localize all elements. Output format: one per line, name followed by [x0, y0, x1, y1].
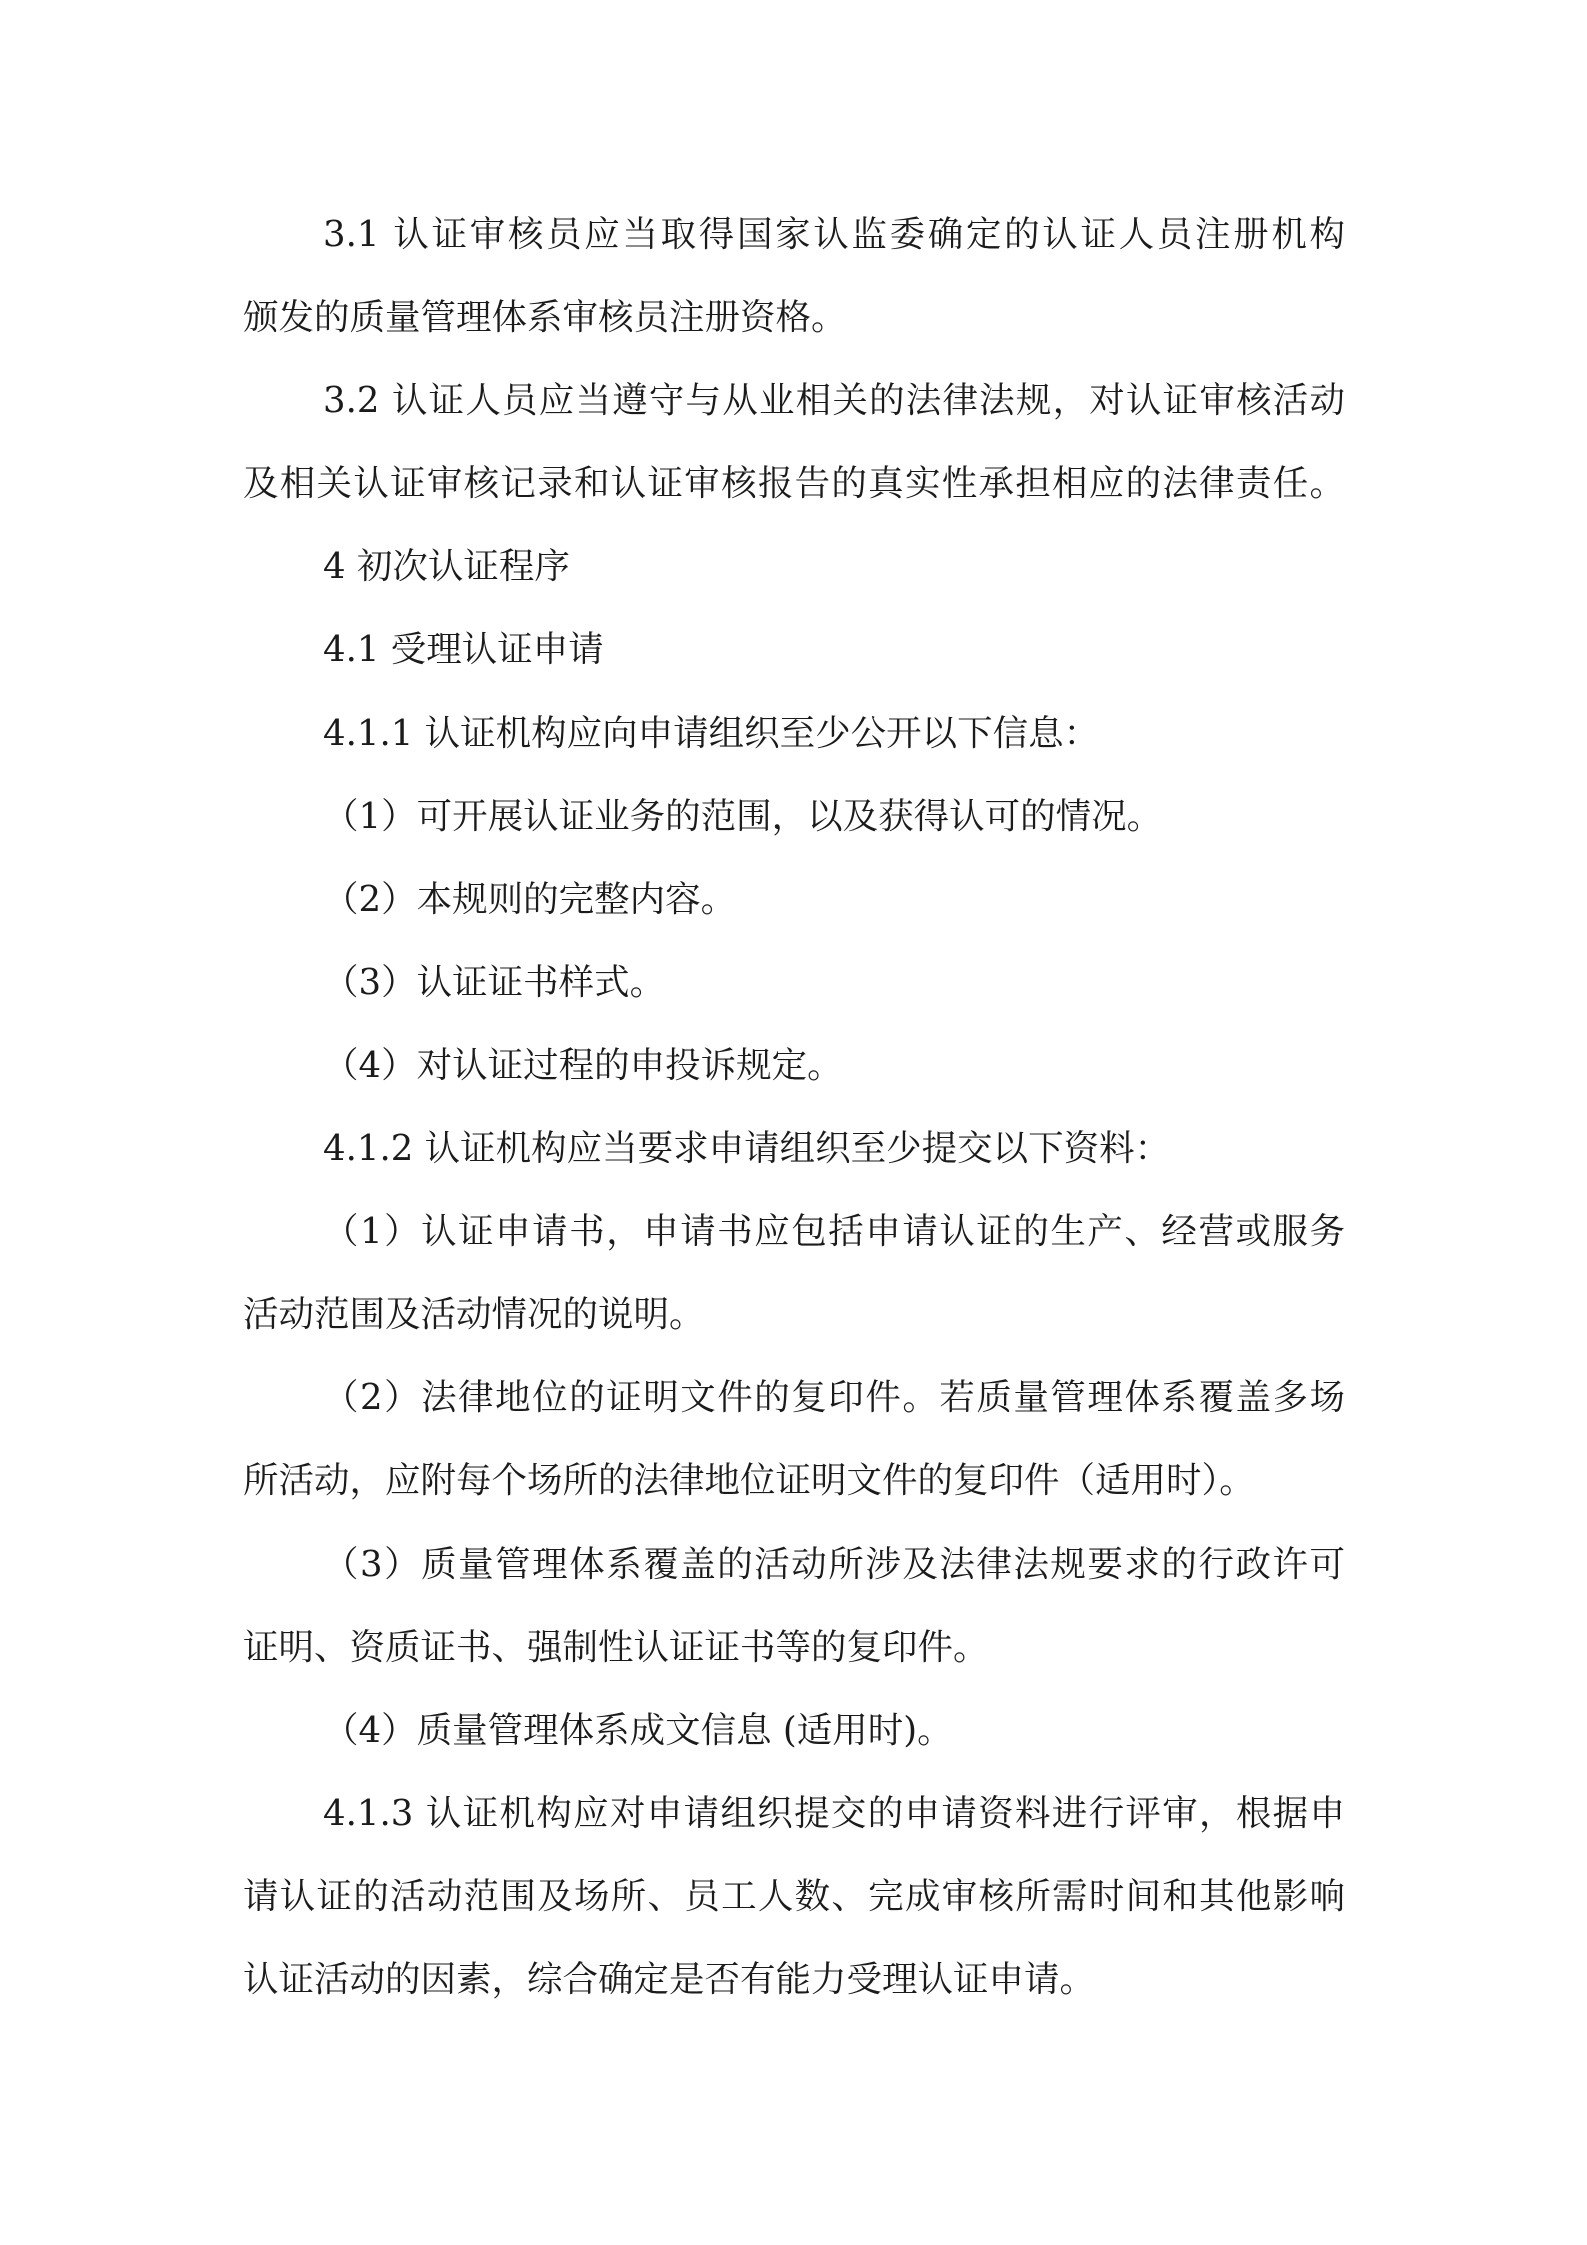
list-item-line: （4）质量管理体系成文信息 (适用时)。	[243, 1689, 1345, 1772]
list-item-4-1-2-3: （3）质量管理体系覆盖的活动所涉及法律法规要求的行政许可 证明、资质证书、强制性…	[243, 1523, 1345, 1689]
list-item-line: （4）对认证过程的申投诉规定。	[243, 1024, 1345, 1107]
heading-line: 4 初次认证程序	[243, 525, 1345, 608]
list-item-4-1-1-4: （4）对认证过程的申投诉规定。	[243, 1024, 1345, 1107]
paragraph-line: 4.1.1 认证机构应向申请组织至少公开以下信息：	[243, 692, 1345, 775]
paragraph-line: 认证活动的因素，综合确定是否有能力受理认证申请。	[243, 1938, 1345, 2021]
list-item-4-1-1-2: （2）本规则的完整内容。	[243, 858, 1345, 941]
paragraph-line: 4.1.3 认证机构应对申请组织提交的申请资料进行评审，根据申	[243, 1772, 1345, 1855]
paragraph-line: 请认证的活动范围及场所、员工人数、完成审核所需时间和其他影响	[243, 1855, 1345, 1938]
paragraph-4-1-2: 4.1.2 认证机构应当要求申请组织至少提交以下资料：	[243, 1107, 1345, 1190]
paragraph-line: 及相关认证审核记录和认证审核报告的真实性承担相应的法律责任。	[243, 442, 1345, 525]
paragraph-3-1: 3.1 认证审核员应当取得国家认监委确定的认证人员注册机构 颁发的质量管理体系审…	[243, 193, 1345, 359]
paragraph-4-1-1: 4.1.1 认证机构应向申请组织至少公开以下信息：	[243, 692, 1345, 775]
document-page: 3.1 认证审核员应当取得国家认监委确定的认证人员注册机构 颁发的质量管理体系审…	[0, 0, 1587, 2245]
paragraph-line: 3.1 认证审核员应当取得国家认监委确定的认证人员注册机构	[243, 193, 1345, 276]
document-body: 3.1 认证审核员应当取得国家认监委确定的认证人员注册机构 颁发的质量管理体系审…	[243, 193, 1345, 2021]
paragraph-line: 4.1.2 认证机构应当要求申请组织至少提交以下资料：	[243, 1107, 1345, 1190]
section-heading-4: 4 初次认证程序	[243, 525, 1345, 608]
paragraph-line: 3.2 认证人员应当遵守与从业相关的法律法规，对认证审核活动	[243, 359, 1345, 442]
paragraph-line: 颁发的质量管理体系审核员注册资格。	[243, 276, 1345, 359]
list-item-line: （1）可开展认证业务的范围，以及获得认可的情况。	[243, 775, 1345, 858]
list-item-4-1-1-3: （3）认证证书样式。	[243, 941, 1345, 1024]
list-item-line: （3）质量管理体系覆盖的活动所涉及法律法规要求的行政许可	[243, 1523, 1345, 1606]
section-heading-4-1: 4.1 受理认证申请	[243, 608, 1345, 691]
heading-line: 4.1 受理认证申请	[243, 608, 1345, 691]
paragraph-3-2: 3.2 认证人员应当遵守与从业相关的法律法规，对认证审核活动 及相关认证审核记录…	[243, 359, 1345, 525]
list-item-4-1-2-2: （2）法律地位的证明文件的复印件。若质量管理体系覆盖多场 所活动，应附每个场所的…	[243, 1356, 1345, 1522]
list-item-line: （3）认证证书样式。	[243, 941, 1345, 1024]
paragraph-4-1-3: 4.1.3 认证机构应对申请组织提交的申请资料进行评审，根据申 请认证的活动范围…	[243, 1772, 1345, 2021]
list-item-line: （2）法律地位的证明文件的复印件。若质量管理体系覆盖多场	[243, 1356, 1345, 1439]
list-item-line: 证明、资质证书、强制性认证证书等的复印件。	[243, 1606, 1345, 1689]
list-item-4-1-2-4: （4）质量管理体系成文信息 (适用时)。	[243, 1689, 1345, 1772]
list-item-line: 活动范围及活动情况的说明。	[243, 1273, 1345, 1356]
list-item-4-1-1-1: （1）可开展认证业务的范围，以及获得认可的情况。	[243, 775, 1345, 858]
list-item-line: （2）本规则的完整内容。	[243, 858, 1345, 941]
list-item-4-1-2-1: （1）认证申请书，申请书应包括申请认证的生产、经营或服务 活动范围及活动情况的说…	[243, 1190, 1345, 1356]
list-item-line: （1）认证申请书，申请书应包括申请认证的生产、经营或服务	[243, 1190, 1345, 1273]
list-item-line: 所活动，应附每个场所的法律地位证明文件的复印件（适用时）。	[243, 1439, 1345, 1522]
